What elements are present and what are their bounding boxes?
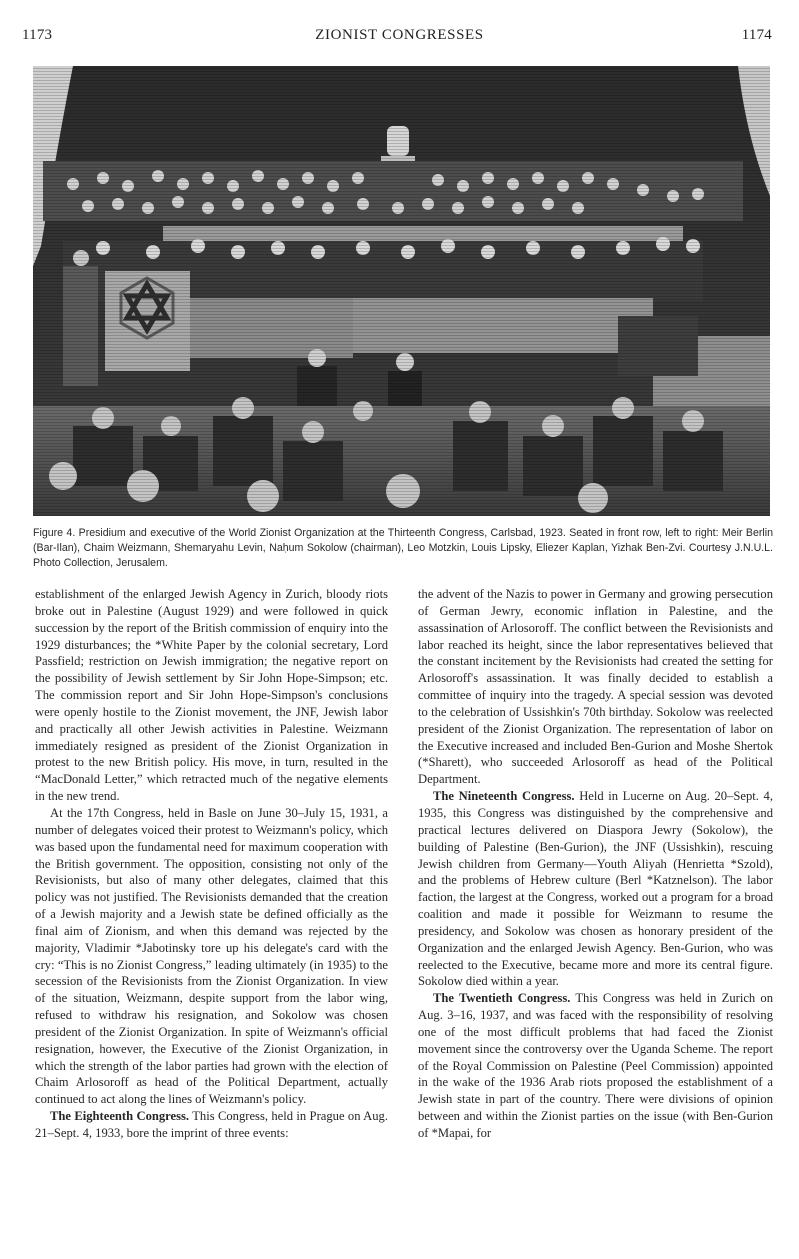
- paragraph-text: Held in Lucerne on Aug. 20–Sept. 4, 1935…: [418, 789, 773, 988]
- running-title: ZIONIST CONGRESSES: [0, 27, 799, 44]
- section-heading-eighteenth-congress: The Eighteenth Congress.: [50, 1109, 189, 1123]
- text-column-right: the advent of the Nazis to power in Germ…: [418, 586, 773, 1142]
- paragraph: The Twentieth Congress. This Congress wa…: [418, 990, 773, 1142]
- paragraph-text: At the 17th Congress, held in Basle on J…: [35, 806, 388, 1106]
- text-column-left: establishment of the enlarged Jewish Age…: [35, 586, 388, 1142]
- paragraph: At the 17th Congress, held in Basle on J…: [35, 805, 388, 1108]
- photo-image: [33, 66, 770, 516]
- paragraph-text: This Congress was held in Zurich on Aug.…: [418, 991, 773, 1140]
- running-head: 1173 ZIONIST CONGRESSES 1174: [0, 27, 799, 49]
- section-heading-nineteenth-congress: The Nineteenth Congress.: [433, 789, 575, 803]
- figure-photograph: [33, 66, 770, 516]
- paragraph: The Nineteenth Congress. Held in Lucerne…: [418, 788, 773, 990]
- paragraph: establishment of the enlarged Jewish Age…: [35, 586, 388, 805]
- figure-caption: Figure 4. Presidium and executive of the…: [33, 526, 773, 571]
- page-number-right: 1174: [742, 27, 772, 44]
- paragraph: the advent of the Nazis to power in Germ…: [418, 586, 773, 788]
- paragraph-text: the advent of the Nazis to power in Germ…: [418, 587, 773, 786]
- paragraph-text: establishment of the enlarged Jewish Age…: [35, 587, 388, 803]
- paragraph: The Eighteenth Congress. This Congress, …: [35, 1108, 388, 1142]
- section-heading-twentieth-congress: The Twentieth Congress.: [433, 991, 570, 1005]
